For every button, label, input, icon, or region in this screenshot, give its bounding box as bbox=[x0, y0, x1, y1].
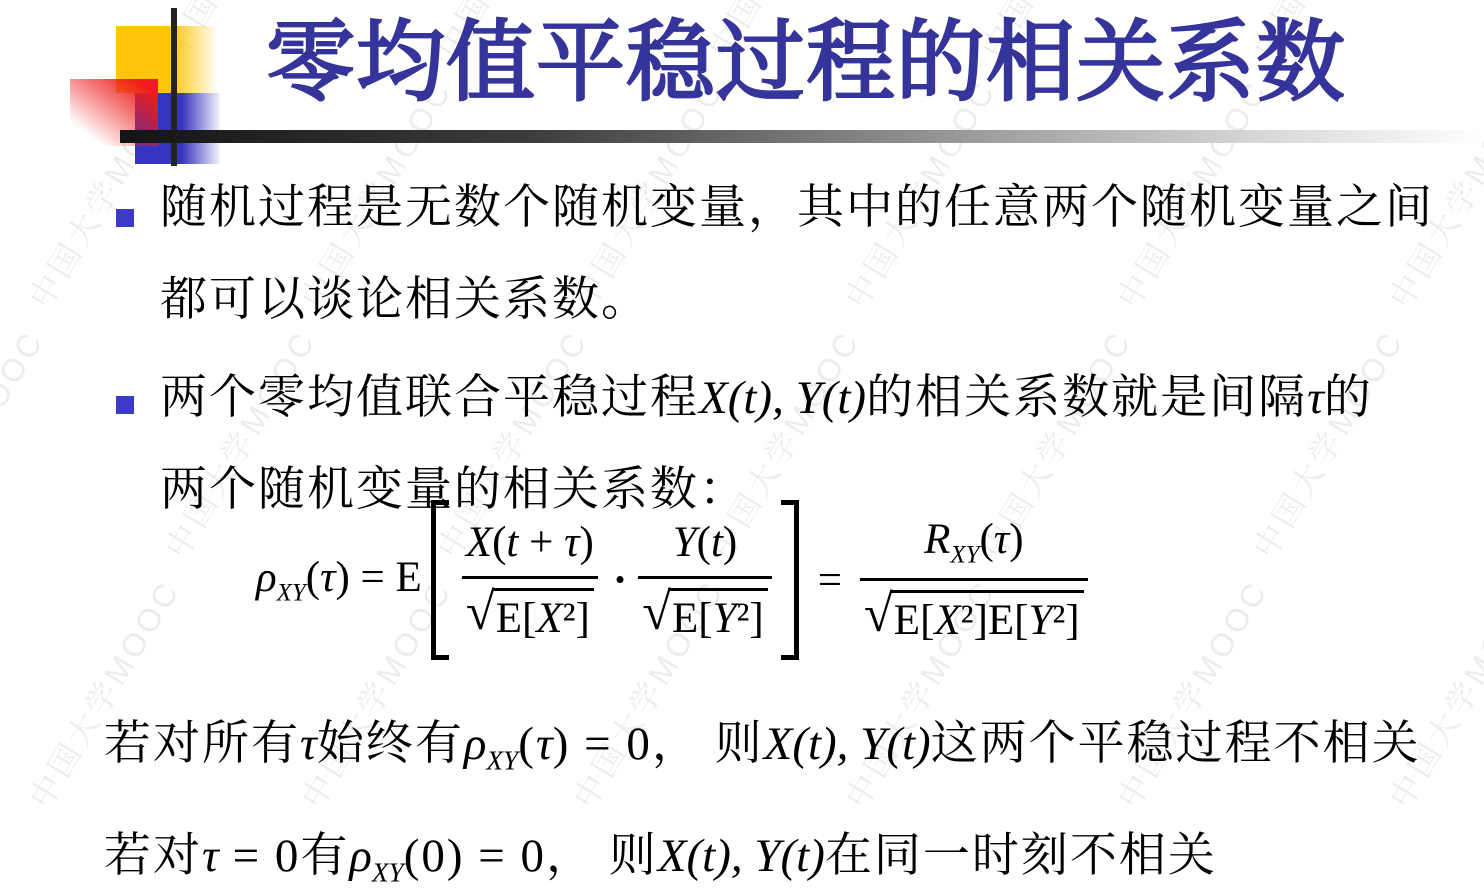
bullet-1-line-2: 都可以谈论相关系数。 bbox=[160, 254, 1434, 346]
bullet-1-line-1: 随机过程是无数个随机变量，其中的任意两个随机变量之间 bbox=[160, 162, 1434, 254]
formula-fraction-2: Y(t) √E[Y²] bbox=[638, 518, 772, 643]
bullet-2-line-1: 两个零均值联合平稳过程X(t), Y(t)的相关系数就是间隔τ的 bbox=[160, 352, 1373, 444]
formula-lhs: ρXY(τ) = E bbox=[252, 553, 426, 608]
watermark-text: 中国大学MOOC bbox=[0, 320, 54, 566]
title-divider-bar bbox=[120, 130, 1484, 143]
bullet-item-1: 随机过程是无数个随机变量，其中的任意两个随机变量之间 都可以谈论相关系数。 bbox=[160, 162, 1434, 346]
bullet-marker-icon bbox=[116, 209, 134, 227]
watermark-text: 中国大学MOOC bbox=[1105, 570, 1278, 816]
sqrt-icon: √ bbox=[466, 588, 495, 636]
watermark-text: 中国大学MOOC bbox=[0, 0, 54, 66]
sqrt-icon: √ bbox=[642, 588, 671, 636]
note-uncorrelated-processes: 若对所有τ始终有ρXY(τ) = 0， 则X(t), Y(t)这两个平稳过程不相… bbox=[104, 706, 1421, 776]
slide: 中国大学MOOC中国大学MOOC中国大学MOOC中国大学MOOC中国大学MOOC… bbox=[0, 0, 1484, 896]
watermark-text: 中国大学MOOC bbox=[17, 570, 190, 816]
dot-operator: · bbox=[613, 556, 627, 605]
correlation-formula: ρXY(τ) = E X(t + τ) √E[X²] · Y(t) √E[Y²]… bbox=[252, 500, 1092, 660]
page-title: 零均值平稳过程的相关系数 bbox=[266, 8, 1346, 120]
left-bracket-icon bbox=[431, 500, 449, 660]
equals-sign: = bbox=[814, 556, 846, 605]
right-bracket-icon bbox=[781, 500, 799, 660]
formula-fraction-1: X(t + τ) √E[X²] bbox=[458, 518, 602, 643]
formula-fraction-rhs: RXY(τ) √E[X²]E[Y²] bbox=[860, 515, 1088, 646]
watermark-text: 中国大学MOOC bbox=[1377, 570, 1484, 816]
note-uncorrelated-same-instant: 若对τ = 0有ρXY(0) = 0， 则X(t), Y(t)在同一时刻不相关 bbox=[104, 818, 1217, 888]
sqrt-icon: √ bbox=[864, 590, 893, 638]
bullet-marker-icon bbox=[116, 396, 134, 414]
